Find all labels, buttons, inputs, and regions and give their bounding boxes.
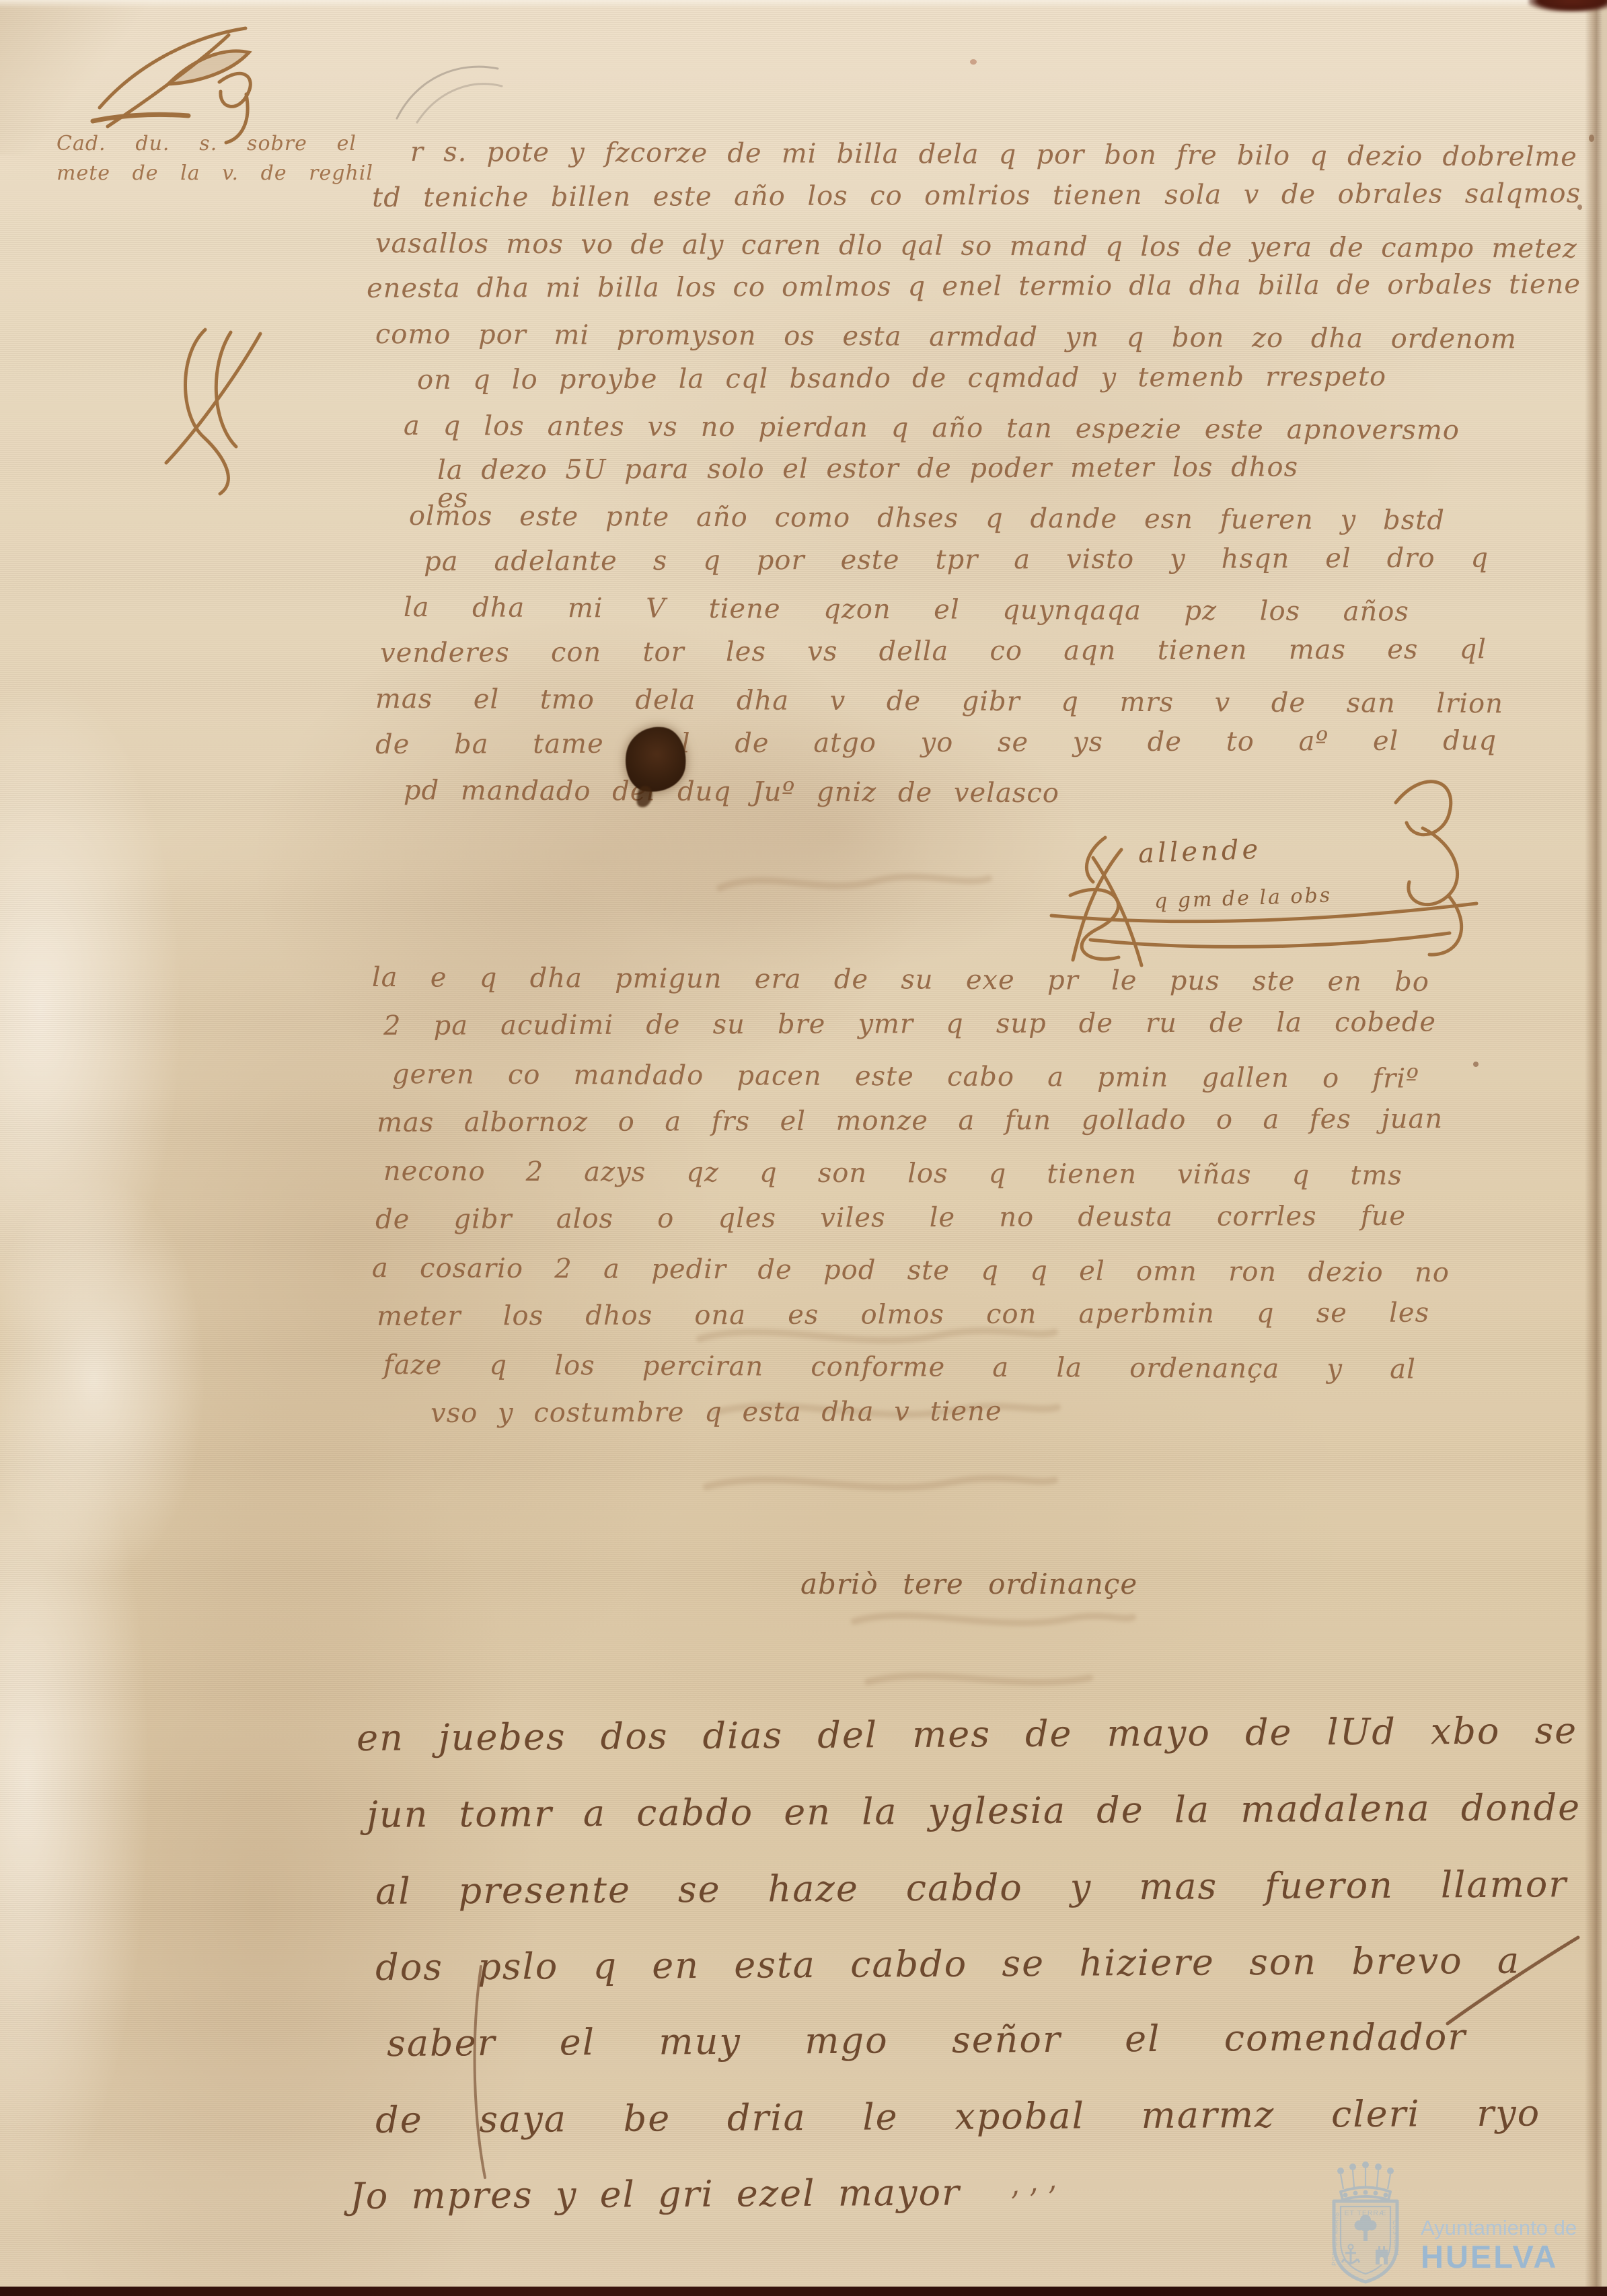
manuscript-line: r s. pote y fzcorze de mi billa dela q p… <box>410 138 1577 172</box>
manuscript-line: pa adelante s q por este tpr a visto y h… <box>424 544 1489 576</box>
bleedthrough-smudge <box>713 854 996 915</box>
section-heading: abriò tere ordinançe <box>800 1569 1248 1599</box>
manuscript-line: vso y costumbre q esta dha v tiene <box>431 1397 1167 1428</box>
manuscript-page: Cad. du. s. sobre el mete de la v. de re… <box>0 0 1607 2296</box>
manuscript-line: al presente se haze cabdo y mas fueron l… <box>375 1865 1567 1911</box>
crown-icon <box>1337 2161 1394 2200</box>
manuscript-line: necono 2 azys qz q son los q tienen viña… <box>383 1157 1403 1190</box>
manuscript-line: enesta dha mi billa los co omlmos q enel… <box>367 270 1581 303</box>
manuscript-line: de gibr alos o qles viles le no deusta c… <box>375 1202 1406 1234</box>
ink-speck <box>1577 205 1582 210</box>
watermark-text: Ayuntamiento de HUELVA <box>1421 2217 1577 2272</box>
manuscript-line: de ba tame eel de atgo yo se ys de to aº… <box>375 727 1497 759</box>
manuscript-line: venderes con tor les vs della co aqn tie… <box>380 635 1487 667</box>
pencil-smudge <box>377 51 525 132</box>
line-end-swash <box>1440 1931 1587 2032</box>
watermark-city-text: HUELVA <box>1421 2241 1577 2272</box>
ink-speck <box>970 59 977 65</box>
manuscript-line: la e q dha pmigun era de su exe pr le pu… <box>372 963 1429 996</box>
ink-speck <box>1473 1062 1479 1067</box>
signature-rubric <box>1046 764 1490 986</box>
binding-bottom-edge <box>0 2287 1607 2296</box>
huelva-crest: ET TERRÆ PORTUS MARIS CUSTODIA <box>1315 2150 1417 2289</box>
manuscript-line: como por mi promyson os esta armdad yn q… <box>375 320 1517 353</box>
manuscript-line: jun tomr a cabdo en la yglesia de la mad… <box>367 1789 1581 1835</box>
manuscript-line: faze q los perciran conforme a la ordena… <box>383 1351 1416 1384</box>
manuscript-line: de saya be dria le xpobal marmz cleri ry… <box>375 2094 1540 2139</box>
manuscript-line: td teniche billen este año los co omlrio… <box>372 180 1581 212</box>
margin-note-line: mete de la v. de reghil <box>57 163 373 184</box>
manuscript-line: meter los dhos ona es olmos con aperbmin… <box>377 1299 1429 1331</box>
manuscript-line: Jo mpres y el gri ezel mayor <box>350 2174 1009 2216</box>
manuscript-line: mas el tmo dela dha v de gibr q mrs v de… <box>375 685 1503 718</box>
page-fold-right <box>1585 0 1604 2296</box>
margin-note-line: Cad. du. s. sobre el <box>57 133 357 155</box>
manuscript-line: mas albornoz o a frs el monze a fun goll… <box>377 1105 1443 1137</box>
margin-rubric-flourish <box>158 322 269 500</box>
manuscript-line: olmos este pnte año como dhses q dande e… <box>409 502 1445 535</box>
signature-name: allende <box>1137 834 1262 869</box>
binding-corner-stain <box>1528 0 1607 12</box>
manuscript-line: vasallos mos vo de aly caren dlo qal so … <box>375 229 1577 263</box>
ink-marks: ‚ ‚ ‚ <box>1007 2161 1058 2202</box>
manuscript-line: a cosario 2 a pedir de pod ste q q el om… <box>372 1254 1450 1287</box>
manuscript-line: en juebes dos dias del mes de mayo de lU… <box>357 1712 1577 1758</box>
manuscript-line: geren co mandado pacen este cabo a pmin … <box>392 1060 1419 1093</box>
page-right-edge <box>1602 0 1607 2296</box>
manuscript-line: dos pslo q en esta cabdo se hiziere son … <box>375 1942 1520 1987</box>
manuscript-line: on q lo proybe la cql bsando de cqmdad y… <box>417 363 1386 394</box>
bleedthrough-smudge <box>848 1594 1137 1709</box>
descender-swash <box>468 1961 494 2183</box>
manuscript-line: 2 pa acudimi de su bre ymr q sup de ru d… <box>383 1008 1436 1040</box>
huelva-watermark: ET TERRÆ PORTUS MARIS CUSTODIA Ayuntamie… <box>1315 2150 1604 2293</box>
manuscript-line: a q los antes vs no pierdan q año tan es… <box>404 412 1460 445</box>
watermark-org-text: Ayuntamiento de <box>1421 2217 1577 2238</box>
manuscript-line: saber el muy mgo señor el comendador <box>387 2018 1466 2063</box>
top-edge-highlight <box>0 0 1607 8</box>
ink-speck <box>1589 135 1594 142</box>
manuscript-line: la dha mi V tiene qzon el quynqaqa pz lo… <box>404 593 1409 626</box>
